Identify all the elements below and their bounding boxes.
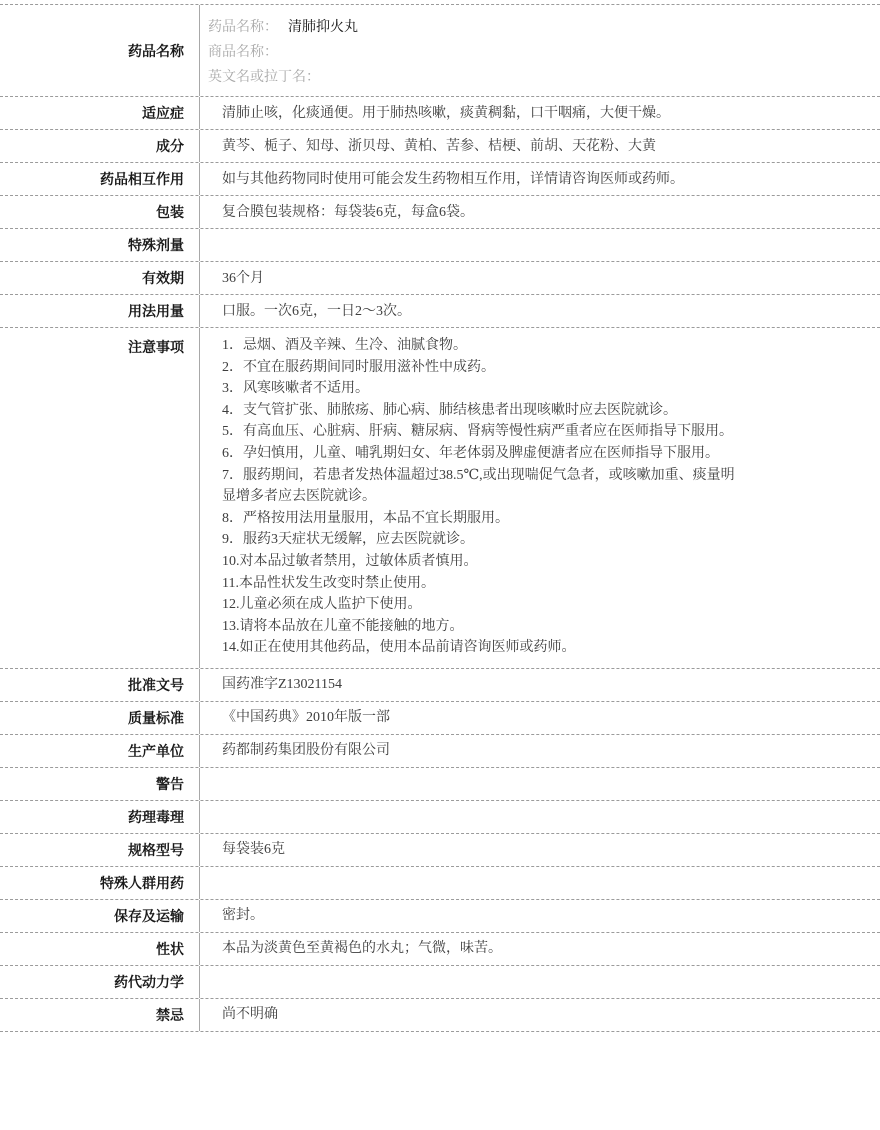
trade-name-field-label: 商品名称： <box>208 45 278 60</box>
row-storage-transport: 保存及运输 密封。 <box>0 899 880 932</box>
row-label-packaging: 包装 <box>0 196 200 228</box>
drug-name-fields: 药品名称：清肺抑火丸 商品名称： 英文名或拉丁名： <box>200 5 880 96</box>
row-precautions: 注意事项 1．忌烟、酒及辛辣、生冷、油腻食物。 2．不宜在服药期间同时服用滋补性… <box>0 327 880 668</box>
row-value-approval-number: 国药准字Z13021154 <box>200 669 880 701</box>
row-ingredients: 成分 黄芩、栀子、知母、浙贝母、黄柏、苦参、桔梗、前胡、天花粉、大黄 <box>0 129 880 162</box>
row-label-contraindications: 禁忌 <box>0 999 200 1031</box>
row-pharmacokinetics: 药代动力学 <box>0 965 880 998</box>
row-label-characteristics: 性状 <box>0 933 200 965</box>
row-label-ingredients: 成分 <box>0 130 200 162</box>
row-label-spec-model: 规格型号 <box>0 834 200 866</box>
row-value-characteristics: 本品为淡黄色至黄褐色的水丸；气微，味苦。 <box>200 933 880 965</box>
row-label-special-populations: 特殊人群用药 <box>0 867 200 899</box>
row-packaging: 包装 复合膜包装规格：每袋装6克，每盒6袋。 <box>0 195 880 228</box>
row-drug-name: 药品名称 药品名称：清肺抑火丸 商品名称： 英文名或拉丁名： <box>0 4 880 96</box>
row-shelf-life: 有效期 36个月 <box>0 261 880 294</box>
row-label-drug-interactions: 药品相互作用 <box>0 163 200 195</box>
row-value-special-dosage <box>200 229 880 261</box>
row-value-pharmacokinetics <box>200 966 880 998</box>
row-label-manufacturer: 生产单位 <box>0 735 200 767</box>
trade-name-field-line: 商品名称： <box>208 40 864 65</box>
row-value-contraindications: 尚不明确 <box>200 999 880 1031</box>
row-value-manufacturer: 药都制药集团股份有限公司 <box>200 735 880 767</box>
row-characteristics: 性状 本品为淡黄色至黄褐色的水丸；气微，味苦。 <box>0 932 880 965</box>
row-value-ingredients: 黄芩、栀子、知母、浙贝母、黄柏、苦参、桔梗、前胡、天花粉、大黄 <box>200 130 880 162</box>
row-value-precautions: 1．忌烟、酒及辛辣、生冷、油腻食物。 2．不宜在服药期间同时服用滋补性中成药。 … <box>200 328 880 668</box>
row-special-dosage: 特殊剂量 <box>0 228 880 261</box>
row-pharmacology-toxicology: 药理毒理 <box>0 800 880 833</box>
row-indications: 适应症 清肺止咳，化痰通便。用于肺热咳嗽，痰黄稠黏，口干咽痛，大便干燥。 <box>0 96 880 129</box>
drug-info-table: 药品名称 药品名称：清肺抑火丸 商品名称： 英文名或拉丁名： 适应症 清肺止咳，… <box>0 4 880 1032</box>
row-contraindications: 禁忌 尚不明确 <box>0 998 880 1031</box>
row-value-storage-transport: 密封。 <box>200 900 880 932</box>
drug-name-field-label: 药品名称： <box>208 20 278 35</box>
row-label-approval-number: 批准文号 <box>0 669 200 701</box>
row-value-indications: 清肺止咳，化痰通便。用于肺热咳嗽，痰黄稠黏，口干咽痛，大便干燥。 <box>200 97 880 129</box>
row-value-special-populations <box>200 867 880 899</box>
row-value-packaging: 复合膜包装规格：每袋装6克，每盒6袋。 <box>200 196 880 228</box>
latin-name-field-line: 英文名或拉丁名： <box>208 65 864 90</box>
row-value-drug-interactions: 如与其他药物同时使用可能会发生药物相互作用，详情请咨询医师或药师。 <box>200 163 880 195</box>
row-label-quality-standard: 质量标准 <box>0 702 200 734</box>
row-dosage-usage: 用法用量 口服。一次6克，一日2～3次。 <box>0 294 880 327</box>
row-approval-number: 批准文号 国药准字Z13021154 <box>0 668 880 701</box>
drug-name-field-value: 清肺抑火丸 <box>288 20 358 35</box>
drug-name-field-line: 药品名称：清肺抑火丸 <box>208 15 864 40</box>
row-value-spec-model: 每袋装6克 <box>200 834 880 866</box>
row-label-storage-transport: 保存及运输 <box>0 900 200 932</box>
row-value-quality-standard: 《中国药典》2010年版一部 <box>200 702 880 734</box>
row-quality-standard: 质量标准 《中国药典》2010年版一部 <box>0 701 880 734</box>
row-label-warning: 警告 <box>0 768 200 800</box>
row-warning: 警告 <box>0 767 880 800</box>
row-label-indications: 适应症 <box>0 97 200 129</box>
row-label-shelf-life: 有效期 <box>0 262 200 294</box>
row-special-populations: 特殊人群用药 <box>0 866 880 899</box>
row-label-special-dosage: 特殊剂量 <box>0 229 200 261</box>
row-value-dosage-usage: 口服。一次6克，一日2～3次。 <box>200 295 880 327</box>
row-label-pharmacokinetics: 药代动力学 <box>0 966 200 998</box>
row-spec-model: 规格型号 每袋装6克 <box>0 833 880 866</box>
row-drug-interactions: 药品相互作用 如与其他药物同时使用可能会发生药物相互作用，详情请咨询医师或药师。 <box>0 162 880 195</box>
row-label-drug-name: 药品名称 <box>0 5 200 96</box>
row-value-pharmacology-toxicology <box>200 801 880 833</box>
row-label-dosage-usage: 用法用量 <box>0 295 200 327</box>
row-manufacturer: 生产单位 药都制药集团股份有限公司 <box>0 734 880 767</box>
row-label-pharmacology-toxicology: 药理毒理 <box>0 801 200 833</box>
latin-name-field-label: 英文名或拉丁名： <box>208 70 320 85</box>
row-value-shelf-life: 36个月 <box>200 262 880 294</box>
row-value-warning <box>200 768 880 800</box>
row-label-precautions: 注意事项 <box>0 328 200 668</box>
